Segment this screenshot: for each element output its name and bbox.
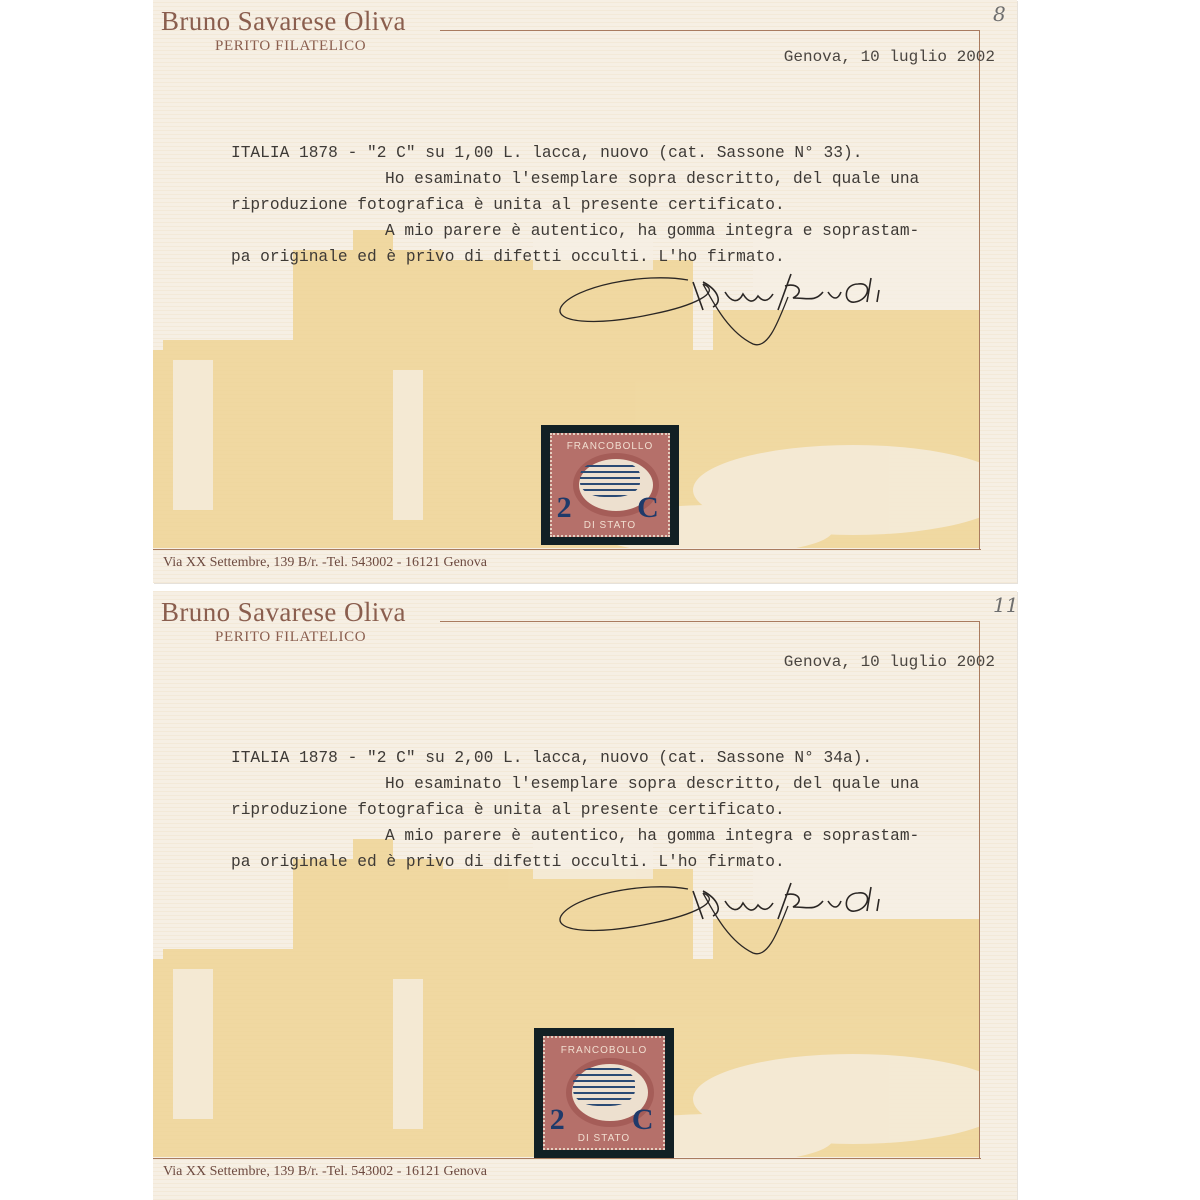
body-line: riproduzione fotografica è unita al pres… (231, 797, 1001, 823)
stamp-description: ITALIA 1878 - "2 C" su 1,00 L. lacca, nu… (231, 140, 1001, 166)
overprint-unit: C (632, 1103, 654, 1137)
expert-title: PERITO FILATELICO (215, 629, 366, 646)
body-line: Ho esaminato l'esemplare sopra descritto… (231, 771, 1001, 797)
stamp-top-text: FRANCOBOLLO (545, 1045, 663, 1056)
certificate-date: Genova, 10 luglio 2002 (784, 653, 995, 671)
overprint-value: 2 (550, 1103, 565, 1137)
certificate-1: Bruno Savarese Oliva PERITO FILATELICO 8… (153, 0, 1017, 583)
certificate-date: Genova, 10 luglio 2002 (784, 48, 995, 66)
expert-name: Bruno Savarese Oliva (161, 597, 406, 628)
frame-border-right (979, 30, 980, 549)
stamp-photo: FRANCOBOLLO DI STATO 2 C (541, 425, 679, 545)
body-line: A mio parere è autentico, ha gomma integ… (231, 823, 1001, 849)
body-line: Ho esaminato l'esemplare sopra descritto… (231, 166, 1001, 192)
stamp-photo: FRANCOBOLLO DI STATO 2 C (534, 1028, 674, 1158)
frame-border-top (440, 30, 979, 31)
expert-address: Via XX Settembre, 139 B/r. -Tel. 543002 … (163, 555, 487, 571)
certificate-body: ITALIA 1878 - "2 C" su 2,00 L. lacca, nu… (231, 745, 1001, 875)
stamp-description: ITALIA 1878 - "2 C" su 2,00 L. lacca, nu… (231, 745, 1001, 771)
signature (553, 262, 903, 362)
overprint-unit: C (637, 491, 659, 525)
overprint-value: 2 (557, 491, 572, 525)
handwritten-page-number: 11 (993, 593, 1018, 617)
frame-border-bottom (153, 1158, 981, 1159)
certificate-2: Bruno Savarese Oliva PERITO FILATELICO 1… (153, 591, 1017, 1200)
body-line: A mio parere è autentico, ha gomma integ… (231, 218, 1001, 244)
body-line: riproduzione fotografica è unita al pres… (231, 192, 1001, 218)
stamp-wavy-overprint (580, 461, 640, 497)
frame-border-top (440, 621, 979, 622)
frame-border-right (979, 621, 980, 1158)
stamp-top-text: FRANCOBOLLO (552, 441, 668, 452)
expert-name: Bruno Savarese Oliva (161, 6, 406, 37)
stamp-wavy-overprint (573, 1067, 634, 1107)
handwritten-page-number: 8 (993, 2, 1006, 26)
frame-border-bottom (153, 549, 981, 550)
signature (553, 871, 903, 971)
expert-address: Via XX Settembre, 139 B/r. -Tel. 543002 … (163, 1164, 487, 1180)
certificate-body: ITALIA 1878 - "2 C" su 1,00 L. lacca, nu… (231, 140, 1001, 270)
expert-title: PERITO FILATELICO (215, 38, 366, 55)
